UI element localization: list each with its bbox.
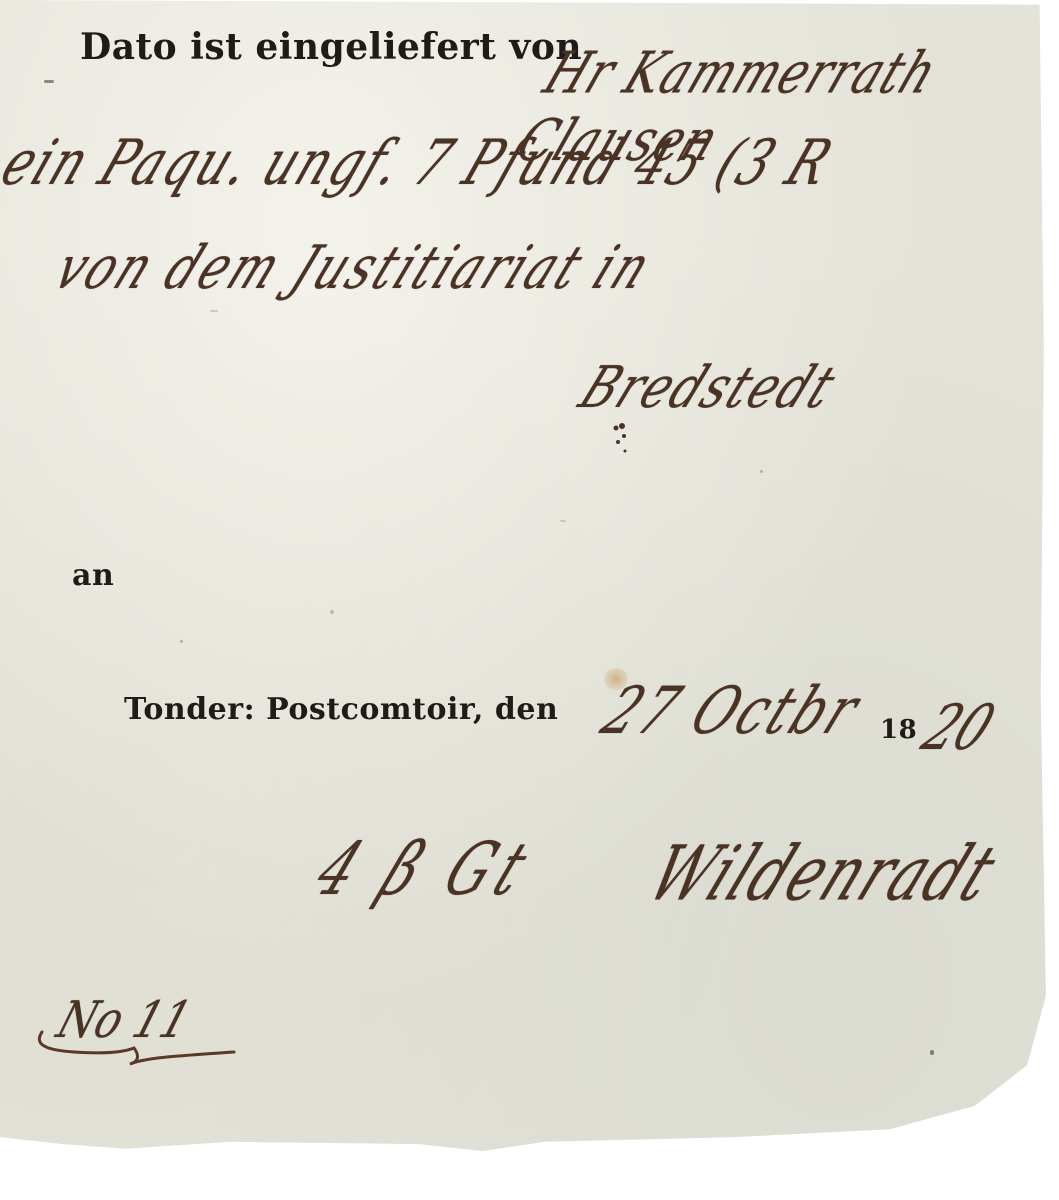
printed-to-label: an (72, 558, 114, 593)
handwritten-date: 27 Octbr (591, 673, 873, 748)
ink-speck (44, 80, 54, 83)
printed-heading: Dato ist eingeliefert von (80, 26, 582, 68)
paper-fiber (180, 640, 183, 643)
paper-fiber (330, 610, 334, 614)
ink-speck (930, 1050, 934, 1055)
printed-year-prefix: 18 (880, 715, 917, 745)
printed-place-label: Tonder: Postcomtoir, den (124, 692, 558, 727)
number-flourish-icon (34, 1030, 244, 1070)
handwritten-town: Bredstedt (570, 353, 848, 421)
handwritten-parcel-description: ein Paqu. ungf. 7 Pfund 45 (3 R (0, 127, 843, 200)
handwritten-signature: Wildenradt (635, 831, 1010, 919)
ink-blot-icon (612, 418, 642, 458)
paper-fiber (210, 310, 218, 312)
paper-fiber (760, 470, 763, 473)
handwritten-origin: von dem Justitiariat in (44, 232, 664, 302)
handwritten-postage: 4 β Gt (303, 828, 547, 912)
paper-fiber (560, 520, 566, 522)
